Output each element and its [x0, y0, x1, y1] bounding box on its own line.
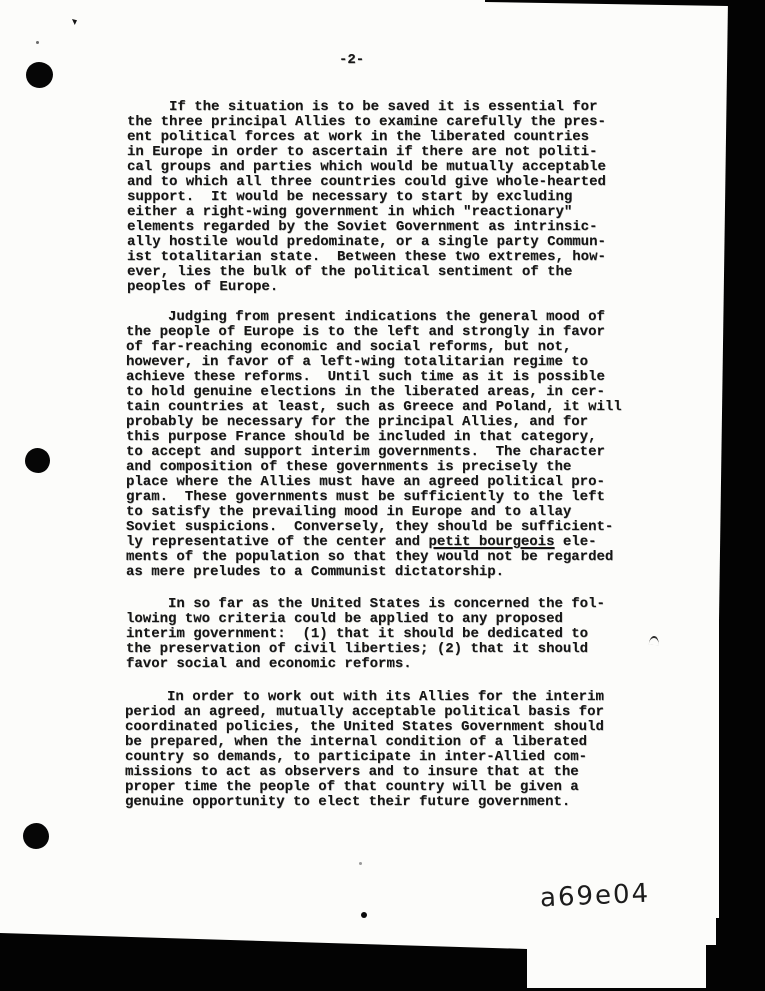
- scan-border-bottom-right: [706, 945, 765, 991]
- scan-border-bottom: [0, 930, 527, 991]
- page-number: -2-: [339, 53, 364, 68]
- handwritten-archival-mark: a69e04: [539, 879, 650, 914]
- pen-caret-mark: [649, 636, 660, 646]
- scan-speck: [72, 19, 77, 25]
- hole-punch-icon: [23, 823, 49, 849]
- paragraph-1: If the situation is to be saved it is es…: [127, 100, 606, 295]
- paragraph-2-text: Judging from present indications the gen…: [126, 309, 622, 550]
- hole-punch-icon: [25, 448, 50, 473]
- underlined-phrase: petit bourgeois: [428, 534, 554, 550]
- scan-speck: [359, 862, 362, 865]
- paragraph-4: In order to work out with its Allies for…: [125, 690, 604, 810]
- paragraph-3: In so far as the United States is concer…: [126, 597, 605, 672]
- scan-speck: [36, 41, 39, 44]
- scan-border-right: [719, 0, 765, 946]
- scan-border-top: [485, 0, 728, 6]
- hole-punch-icon: [26, 62, 53, 88]
- scanned-document-page: -2- If the situation is to be saved it i…: [0, 0, 765, 991]
- scan-speck: [361, 912, 367, 918]
- paragraph-2: Judging from present indications the gen…: [126, 310, 622, 580]
- scan-border-right-step: [716, 918, 765, 948]
